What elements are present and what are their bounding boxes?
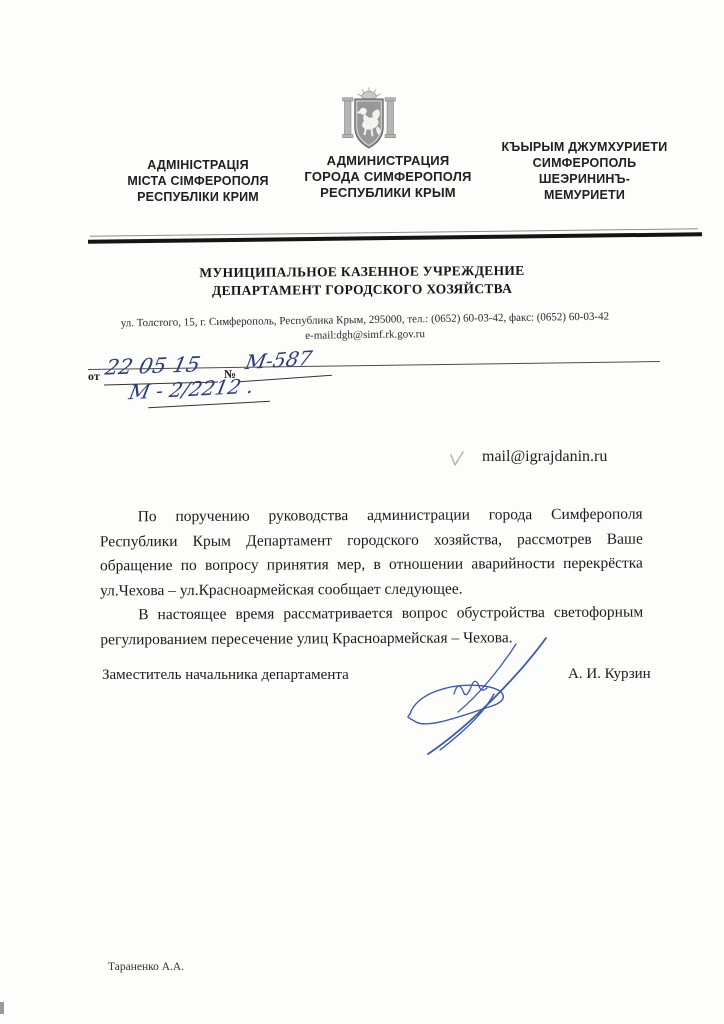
header-column-crimean-tatar: КЪЫРЫМ ДЖУМХУРИЕТИ СИМФЕРОПОЛЬ ШЕЭРИНИНЪ… bbox=[482, 139, 687, 203]
letter-body: По поручению руководства администрации г… bbox=[100, 503, 644, 653]
header-line: КЪЫРЫМ ДЖУМХУРИЕТИ bbox=[482, 139, 687, 155]
org-line: ДЕПАРТАМЕНТ ГОРОДСКОГО ХОЗЯЙСТВА bbox=[92, 279, 632, 301]
organization-name: МУНИЦИПАЛЬНОЕ КАЗЕННОЕ УЧРЕЖДЕНИЕ ДЕПАРТ… bbox=[92, 261, 632, 301]
crimea-coat-of-arms-emblem bbox=[340, 86, 398, 152]
ref-number2-handwritten: М - 2/2212 . bbox=[127, 374, 256, 404]
signer-position: Заместитель начальника департамента bbox=[102, 667, 349, 684]
ref-number-handwritten: М-587 bbox=[243, 346, 314, 375]
ref-from-label: от bbox=[88, 369, 100, 384]
scanned-letter-page: АДМІНІСТРАЦІЯ МІСТА СІМФЕРОПОЛЯ РЕСПУБЛІ… bbox=[0, 0, 724, 1024]
header-column-russian: АДМИНИСТРАЦИЯ ГОРОДА СИМФЕРОПОЛЯ РЕСПУБЛ… bbox=[288, 153, 488, 201]
contact-block: ул. Толстого, 15, г. Симферополь, Респуб… bbox=[82, 309, 648, 347]
check-mark-icon bbox=[448, 450, 466, 468]
header-line: МЕМУРИЕТИ bbox=[482, 187, 687, 203]
scan-edge-artifact bbox=[0, 1002, 4, 1014]
header-line: МІСТА СІМФЕРОПОЛЯ bbox=[98, 173, 298, 189]
header-line: АДМІНІСТРАЦІЯ bbox=[98, 157, 298, 173]
header-line: РЕСПУБЛІКИ КРИМ bbox=[98, 189, 298, 205]
header-line: СИМФЕРОПОЛЬ bbox=[482, 155, 687, 171]
header-line: АДМИНИСТРАЦИЯ bbox=[288, 153, 488, 169]
executor-name: Тараненко А.А. bbox=[108, 961, 184, 973]
body-paragraph: В настоящее время рассматривается вопрос… bbox=[100, 601, 643, 653]
header-separator-bar bbox=[88, 232, 702, 244]
header-line: ГОРОДА СИМФЕРОПОЛЯ bbox=[288, 169, 488, 185]
header-line: ШЕЭРИНИНЪ- bbox=[482, 171, 687, 187]
header-column-ukrainian: АДМІНІСТРАЦІЯ МІСТА СІМФЕРОПОЛЯ РЕСПУБЛІ… bbox=[98, 157, 298, 205]
recipient-email: mail@igrajdanin.ru bbox=[482, 448, 607, 466]
header-line: РЕСПУБЛИКИ КРЫМ bbox=[288, 185, 488, 201]
signer-name: А. И. Курзин bbox=[568, 666, 651, 683]
body-paragraph: По поручению руководства администрации г… bbox=[100, 503, 644, 604]
signature-ink bbox=[398, 632, 558, 760]
ref-date-handwritten: 22 05 15 bbox=[103, 352, 202, 379]
